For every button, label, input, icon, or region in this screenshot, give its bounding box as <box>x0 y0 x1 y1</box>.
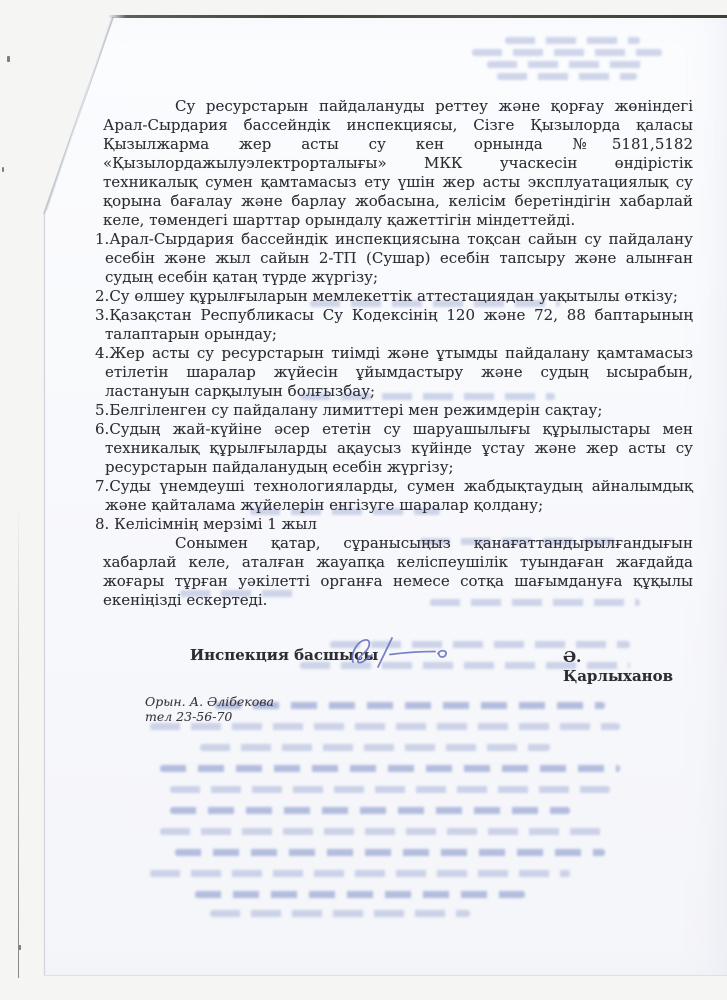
letter-body: Су ресурстарын пайдалануды реттеу және қ… <box>95 97 693 724</box>
bleed-through-line <box>170 786 610 793</box>
bleed-through-line <box>150 723 620 730</box>
condition-item-7: 7.Суды үнемдеуші технологияларды, сумен … <box>95 477 693 515</box>
condition-text: Жер асты су ресурстарын тиімді және ұтым… <box>105 344 693 400</box>
intro-paragraph: Су ресурстарын пайдалануды реттеу және қ… <box>103 97 693 230</box>
condition-number: 1. <box>95 230 109 248</box>
condition-text: Белгіленген су пайдалану лимиттері мен р… <box>109 401 602 419</box>
bleed-through-line <box>487 61 647 68</box>
condition-number: 5. <box>95 401 109 419</box>
condition-number: 4. <box>95 344 109 362</box>
bleed-through-line <box>175 849 605 856</box>
bleed-through-line <box>505 37 640 44</box>
condition-item-2: 2.Су өлшеу құрылғыларын мемлекеттік атте… <box>95 287 693 306</box>
condition-item-4: 4.Жер асты су ресурстарын тиімді және ұт… <box>95 344 693 401</box>
condition-number: 7. <box>95 477 109 495</box>
condition-number: 3. <box>95 306 109 324</box>
condition-item-8: 8. Келісімнің мерзімі 1 жыл <box>95 515 693 534</box>
bleed-through-line <box>195 891 525 898</box>
condition-item-5: 5.Белгіленген су пайдалану лимиттері мен… <box>95 401 693 420</box>
bleed-through-line <box>160 765 620 772</box>
condition-number: 6. <box>95 420 109 438</box>
executor-name: Орын. А. Әлібекова <box>145 694 693 709</box>
condition-text: Судың жай-күйіне әсер ететін су шаруашыл… <box>105 420 693 476</box>
bleed-through-line <box>200 744 550 751</box>
bleed-through-line <box>150 870 570 877</box>
condition-item-6: 6.Судың жай-күйіне әсер ететін су шаруаш… <box>95 420 693 477</box>
closing-paragraph: Сонымен қатар, сұранысыңыз қанағаттандыр… <box>103 534 693 610</box>
handwritten-signature <box>345 632 460 674</box>
scan-speck <box>18 945 21 950</box>
bleed-through-line <box>170 807 570 814</box>
condition-text: Су өлшеу құрылғыларын мемлекеттік аттест… <box>109 287 678 305</box>
scan-speck <box>7 56 10 62</box>
condition-number: 2. <box>95 287 109 305</box>
condition-text: Қазақстан Республикасы Су Кодексінің 120… <box>105 306 693 343</box>
condition-text: Келісімнің мерзімі 1 жыл <box>114 515 317 533</box>
condition-text: Арал-Сырдария бассейндік инспекциясына т… <box>105 230 693 286</box>
bleed-through-line <box>210 910 470 917</box>
condition-number: 8. <box>95 515 114 533</box>
signer-name: Ә. Қарлыханов <box>563 648 693 686</box>
executor-block: Орын. А. Әлібекова тел 23-56-70 <box>145 694 693 724</box>
scan-speck <box>2 167 4 172</box>
condition-item-3: 3.Қазақстан Республикасы Су Кодексінің 1… <box>95 306 693 344</box>
condition-item-1: 1.Арал-Сырдария бассейндік инспекциясына… <box>95 230 693 287</box>
condition-text: Суды үнемдеуші технологияларды, сумен жа… <box>105 477 693 514</box>
bleed-through-line <box>160 828 610 835</box>
bleed-through-line <box>472 49 662 56</box>
scanned-document: Су ресурстарын пайдалануды реттеу және қ… <box>0 0 727 1000</box>
scanner-edge-line <box>18 500 19 978</box>
bleed-through-line <box>497 73 637 80</box>
signature-block: Инспекция басшысы Ә. Қарлыханов <box>95 632 693 676</box>
executor-phone: тел 23-56-70 <box>145 709 693 724</box>
